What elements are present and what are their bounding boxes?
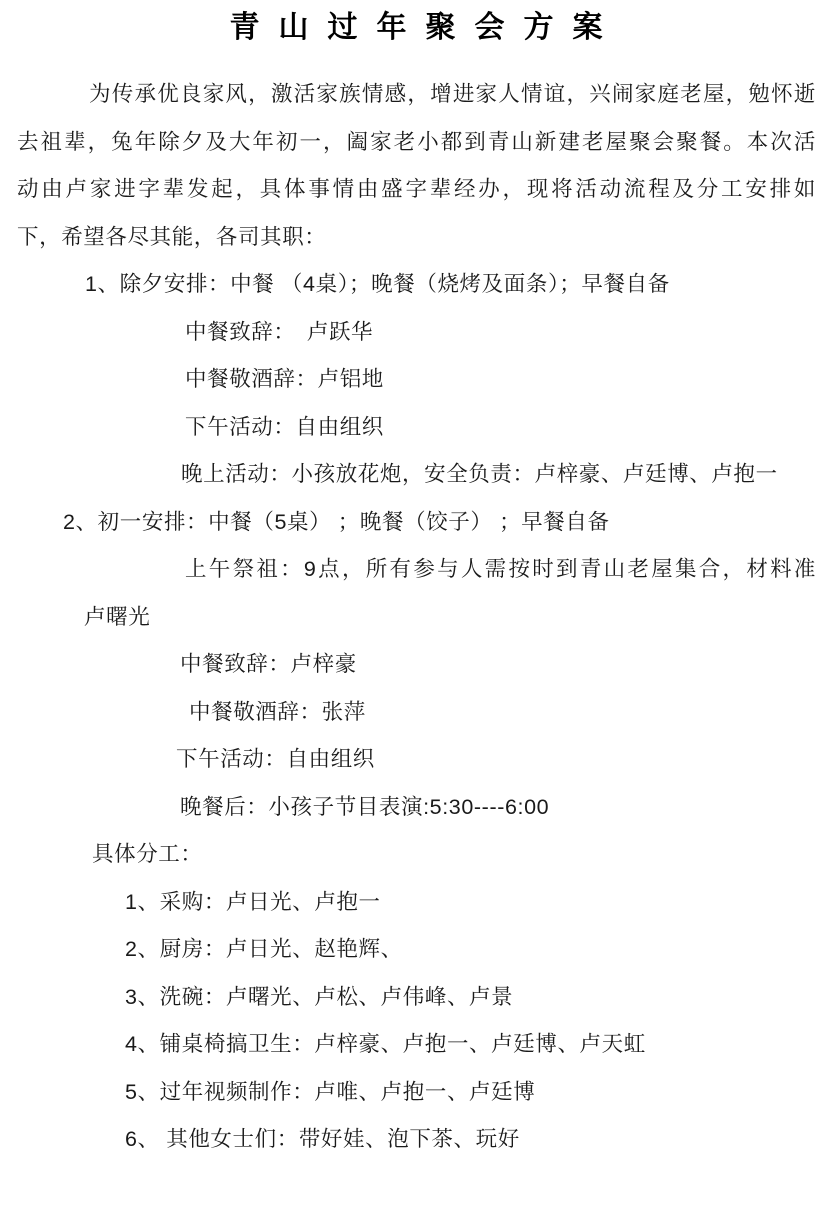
document-body: 为传承优良家风，激活家族情感，增进家人情谊，兴闹家庭老屋，勉怀逝去祖辈，兔年除夕…	[0, 71, 832, 1164]
document-line-9: 晚上活动：小孩放花炮，安全负责：卢梓豪、卢廷博、卢抱一	[0, 451, 832, 499]
document-line-19: 2、厨房：卢日光、赵艳辉、	[0, 926, 832, 974]
document-line-16: 晚餐后：小孩子节目表演:5:30----6:00	[0, 784, 832, 832]
document-line-7: 中餐敬酒辞：卢铝地	[0, 356, 832, 404]
document-line-22: 5、过年视频制作：卢唯、卢抱一、卢廷博	[0, 1069, 832, 1117]
document-line-17: 具体分工：	[0, 831, 832, 879]
document-line-2: 去祖辈，兔年除夕及大年初一，阖家老小都到青山新建老屋聚会聚餐。本次活	[0, 119, 832, 167]
document-line-15: 下午活动：自由组织	[0, 736, 832, 784]
document-line-3: 动由卢家进字辈发起，具体事情由盛字辈经办，现将活动流程及分工安排如	[0, 166, 832, 214]
document-line-23: 6、 其他女士们：带好娃、泡下茶、玩好	[0, 1116, 832, 1164]
document-page: 青山过年聚会方案 为传承优良家风，激活家族情感，增进家人情谊，兴闹家庭老屋，勉怀…	[0, 0, 832, 1224]
document-line-21: 4、铺桌椅搞卫生：卢梓豪、卢抱一、卢廷博、卢天虹	[0, 1021, 832, 1069]
page-title: 青山过年聚会方案	[0, 0, 832, 50]
document-line-13: 中餐致辞：卢梓豪	[0, 641, 832, 689]
document-line-18: 1、采购：卢日光、卢抱一	[0, 879, 832, 927]
document-line-11: 上午祭祖：9点，所有参与人需按时到青山老屋集合，材料准备：	[0, 546, 832, 594]
document-line-14: 中餐敬酒辞：张萍	[0, 689, 832, 737]
document-line-1: 为传承优良家风，激活家族情感，增进家人情谊，兴闹家庭老屋，勉怀逝	[0, 71, 832, 119]
document-line-5: 1、除夕安排：中餐 （4桌）；晚餐（烧烤及面条）；早餐自备	[0, 261, 832, 309]
document-line-4: 下，希望各尽其能，各司其职：	[0, 214, 832, 262]
document-line-6: 中餐致辞： 卢跃华	[0, 309, 832, 357]
document-line-12: 卢曙光	[0, 594, 832, 642]
document-line-10: 2、初一安排：中餐（5桌） ；晚餐（饺子） ；早餐自备	[0, 499, 832, 547]
document-line-8: 下午活动：自由组织	[0, 404, 832, 452]
document-line-20: 3、洗碗：卢曙光、卢松、卢伟峰、卢景	[0, 974, 832, 1022]
